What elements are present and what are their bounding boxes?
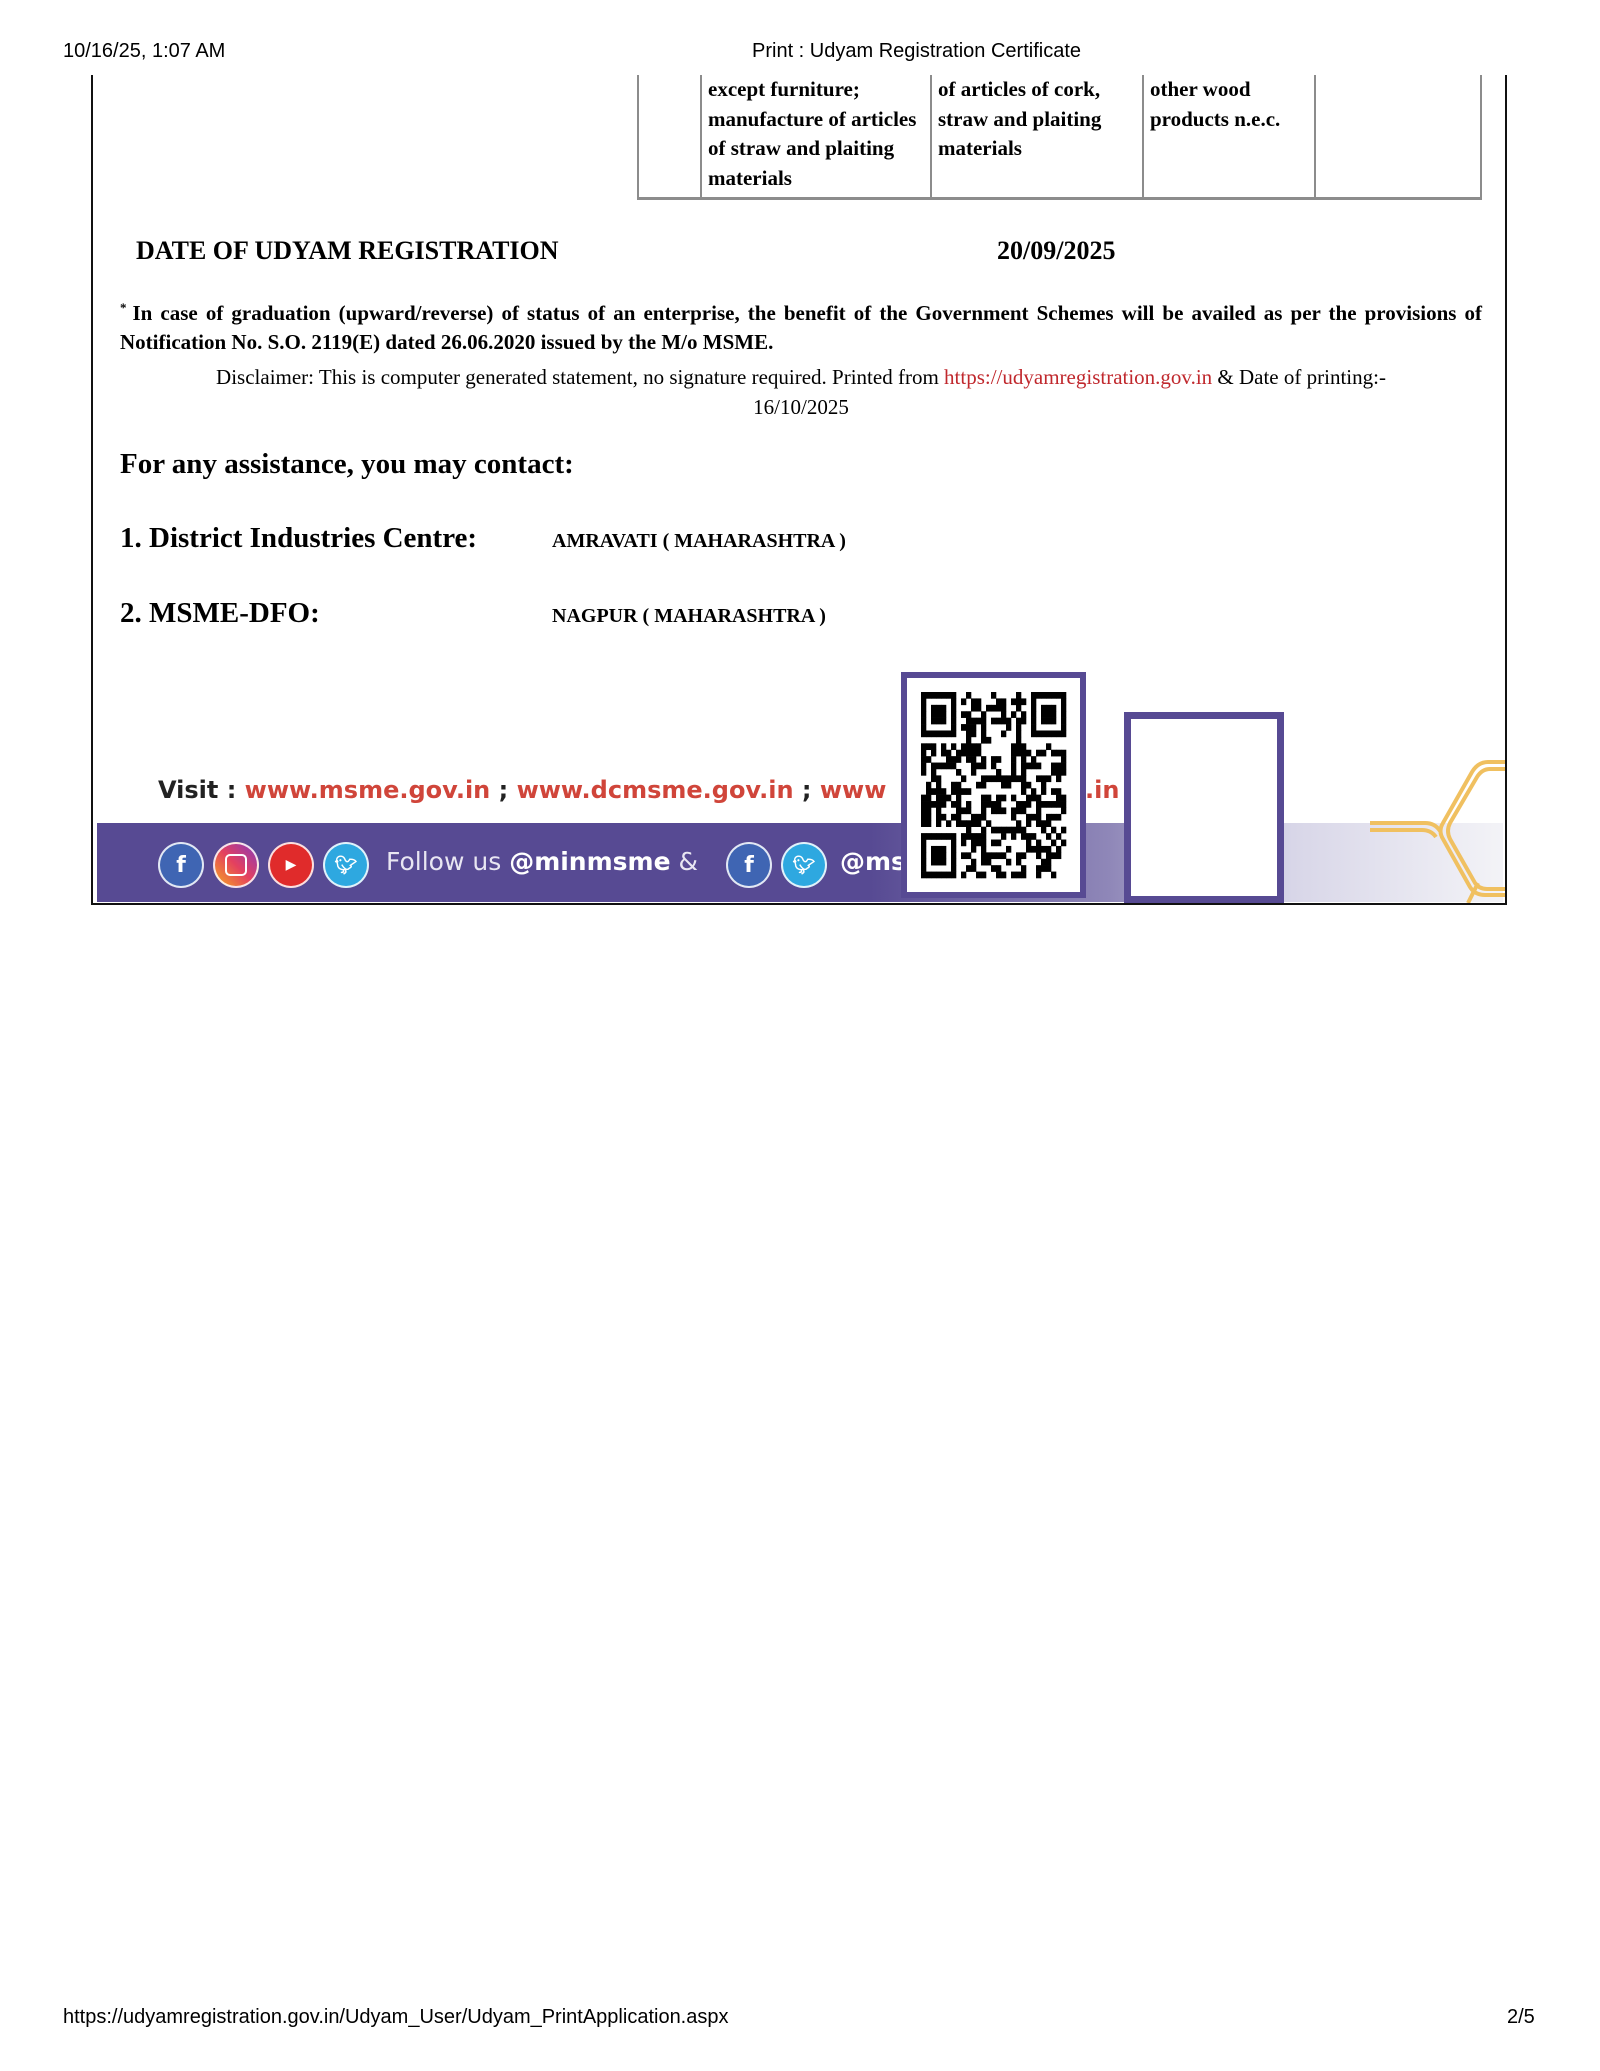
- visit-line: Visit : www.msme.gov.in ; www.dcmsme.gov…: [158, 776, 886, 804]
- table-cell: [639, 75, 702, 197]
- msme-link[interactable]: www.msme.gov.in: [245, 776, 491, 804]
- dic-value: AMRAVATI ( MAHARASHTRA ): [552, 530, 846, 553]
- print-footer-url: https://udyamregistration.gov.in/Udyam_U…: [63, 2006, 729, 2029]
- visit-label: Visit :: [158, 776, 245, 804]
- table-cell: [1316, 75, 1480, 197]
- registration-date-value: 20/09/2025: [997, 236, 1115, 266]
- table-cell: other wood products n.e.c.: [1144, 75, 1316, 197]
- print-datetime: 10/16/25, 1:07 AM: [63, 40, 225, 63]
- follow-text: Follow us @minmsme &: [386, 847, 698, 876]
- print-title: Print : Udyam Registration Certificate: [752, 40, 1081, 63]
- twitter-icon[interactable]: 🐦︎: [323, 842, 369, 888]
- nic-code-table: except furniture; manufacture of article…: [637, 75, 1482, 200]
- ampersand: &: [671, 847, 698, 876]
- instagram-icon[interactable]: [213, 842, 259, 888]
- qr-code: [901, 672, 1086, 898]
- twitter-icon[interactable]: 🐦︎: [781, 842, 827, 888]
- third-link-tail: .in: [1085, 776, 1119, 804]
- disclaimer-suffix: & Date of printing:-: [1212, 365, 1386, 389]
- table-cell: of articles of cork, straw and plaiting …: [932, 75, 1144, 197]
- handle-minmsme[interactable]: @minmsme: [509, 847, 670, 876]
- page-number: 2/5: [1507, 2006, 1535, 2029]
- qr-code-icon: [907, 678, 1080, 892]
- facebook-icon[interactable]: f: [726, 842, 772, 888]
- graduation-notice: *In case of graduation (upward/reverse) …: [120, 293, 1482, 357]
- third-link[interactable]: www: [820, 776, 887, 804]
- hexagon-decoration-icon: [1370, 755, 1505, 903]
- social-banner: f ▶ 🐦︎ Follow us @minmsme & f 🐦︎ @ms: [97, 823, 1503, 902]
- udyam-link[interactable]: https://udyamregistration.gov.in: [944, 365, 1212, 389]
- separator: ;: [794, 776, 820, 804]
- disclaimer-prefix: Disclaimer: This is computer generated s…: [216, 365, 944, 389]
- facebook-icon[interactable]: f: [158, 842, 204, 888]
- handle-second[interactable]: @ms: [840, 847, 906, 876]
- follow-label: Follow us: [386, 847, 509, 876]
- dic-label: 1. District Industries Centre:: [120, 522, 477, 555]
- print-date: 16/10/2025: [753, 395, 849, 419]
- disclaimer: Disclaimer: This is computer generated s…: [120, 362, 1482, 422]
- msme-dfo-label: 2. MSME-DFO:: [120, 597, 320, 630]
- table-cell: except furniture; manufacture of article…: [702, 75, 932, 197]
- notice-text: In case of graduation (upward/reverse) o…: [120, 301, 1482, 354]
- youtube-icon[interactable]: ▶: [268, 842, 314, 888]
- separator: ;: [490, 776, 516, 804]
- registration-date-label: DATE OF UDYAM REGISTRATION: [136, 236, 559, 266]
- assistance-heading: For any assistance, you may contact:: [120, 448, 574, 481]
- msme-dfo-value: NAGPUR ( MAHARASHTRA ): [552, 605, 826, 628]
- photo-placeholder: [1124, 712, 1284, 903]
- notice-asterisk: *: [120, 300, 127, 315]
- dcmsme-link[interactable]: www.dcmsme.gov.in: [517, 776, 794, 804]
